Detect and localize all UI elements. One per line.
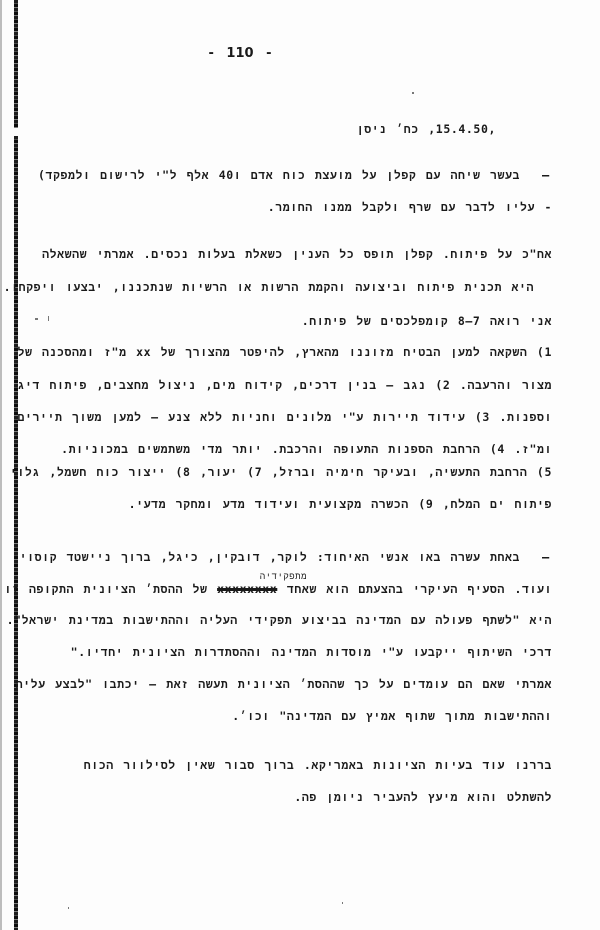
scan-edge-gap: [13, 128, 19, 136]
list-line-4: ומ"ז. 4) הרחבת הספנות התעופה והרכבת. יות…: [61, 442, 552, 457]
paragraph-4-line-2: ועוד. הסעיף העיקרי בהצעתם הוא שאחד xxxxx…: [4, 582, 552, 597]
scan-speck: [48, 316, 49, 321]
paragraph-5-line-2: להשתלט והוא מיעץ להעביר ניומן פה.: [294, 790, 552, 805]
list-line-5: 5) הרחבת התעשיה, ובעיקר חימיה וברזל, 7) …: [0, 465, 552, 480]
scan-speck: [35, 318, 38, 320]
struck-out-word: xxxxxxxx: [217, 582, 277, 596]
entry-1-line-1: בעשר שיחה עם קפלן על מועצת כוח אדם ו40 א…: [38, 168, 520, 183]
bullet-dash: –: [542, 550, 549, 564]
list-line-6: פיתוח ים המלח, 9) הכשרה מקצועית ועידוד מ…: [129, 497, 552, 512]
paragraph-4-line-6: וההתישבות מתוך שתוף אמיץ עם המדינה" וכו׳…: [232, 709, 552, 724]
paragraph-1-line-2: היא תכנית פיתוח וביצועה והקמת הרשות או ה…: [4, 280, 534, 295]
bullet-dash: –: [542, 168, 549, 182]
list-line-1: 1) השקאה למען הבטיח מזוננו מהארץ, להיפטר…: [17, 345, 552, 360]
paragraph-4-line-1: באחת עשרה באו אנשי האיחוד: לוקר, דובקין,…: [20, 550, 520, 565]
paragraph-4-line-2-start: ועוד. הסעיף העיקרי בהצעתם הוא שאחד: [287, 582, 552, 596]
scan-speck: [342, 902, 343, 904]
scan-speck: [68, 907, 69, 909]
paragraph-1-line-1: אח"כ על פיתוח. קפלן תופס כל הענין כשאלת …: [42, 247, 552, 262]
page-number: - 110 -: [200, 46, 280, 61]
handwritten-correction: מתפקידיה: [260, 572, 307, 582]
scan-speck: [412, 92, 414, 94]
paragraph-4-line-5: אמרתי שאם הם עומדים על כך שההסת׳ הציונית…: [16, 677, 552, 692]
paragraph-2-line-1: אני רואה 7–8 קומפלכסים של פיתוח.: [302, 314, 552, 329]
list-line-3: וספנות. 3) עידוד תיירות ע"י מלונים וחניו…: [18, 410, 552, 425]
paragraph-4-line-3: היא "לשתף פעולה עם המדינה בביצוע תפקידי …: [7, 613, 552, 628]
date-line: ,15.4.50, כח׳ ניסן: [357, 122, 496, 137]
list-line-2: מצור והרעבה. 2) נגב – בנין דרכים, קידוח …: [17, 378, 552, 393]
paragraph-4-line-2-end: של ההסת׳ הציונית התקופה זו: [4, 582, 207, 596]
entry-1-line-2: - עליו לדבר עם שרף ולקבל ממנו החומר.: [268, 200, 552, 215]
paragraph-5-line-1: בררנו עוד בעיות הציונות באמריקא. ברוך סב…: [84, 758, 552, 773]
paragraph-4-line-4: דרכי השיתוף ייקבעו ע"י מוסדות המדינה והה…: [71, 645, 552, 660]
